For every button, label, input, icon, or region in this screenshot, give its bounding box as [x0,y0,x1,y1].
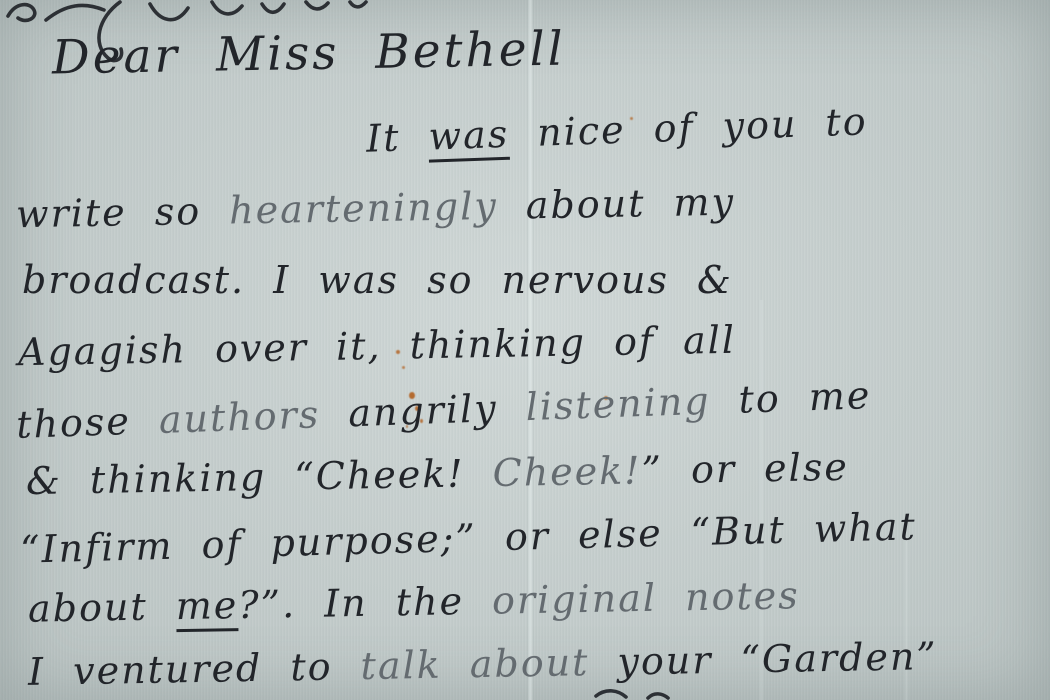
letter-text-segment: listening [525,379,711,429]
letter-text-segment: your “Garden” [589,634,938,684]
letter-line: those authors angrily listening to me [15,373,872,447]
letter-text-segment: Dear Miss Bethell [52,22,567,86]
letter-text-segment: angrily [319,385,526,436]
letter-text-segment: It [365,115,429,161]
letter-text-segment: those [15,398,159,447]
letter-text-segment: authors [158,392,321,442]
letter-text-segment: I ventured to [28,644,361,694]
letter-line: broadcast. I was so nervous & [22,258,733,302]
letter-line: I ventured to talk about your “Garden” [28,634,938,694]
letter-text-segment: “Infirm of purpose;” or else “But what [20,504,918,571]
letter-text-segment: original notes [492,573,800,622]
letter-line: & thinking “Cheek! Cheek!” or else [26,445,849,503]
letter-text-segment: to me [710,373,872,423]
letter-text-segment: about [28,584,176,631]
letter-line: Dear Miss Bethell [52,22,567,86]
letter-text-segment: was [428,112,510,163]
letter-text-segment: ” or else [641,445,849,493]
letter-text-segment: about my [497,180,735,228]
letter-text-segment: broadcast. I was so nervous & [22,258,733,302]
letter-text-segment: write so [16,189,230,237]
letter-text-segment: & thinking “Cheek! [26,451,493,503]
letter-text-segment: nice of you to [508,99,868,155]
letter-line: It was nice of you to [365,99,868,160]
letter-text-segment: ?”. In the [238,579,493,627]
letter-text-segment: Cheek! [492,448,642,495]
letter-text-segment: talk about [360,640,590,688]
letter-line: about me?”. In the original notes [28,573,800,630]
letter-text-segment: me [175,583,238,632]
letter-page: Dear Miss BethellIt was nice of you towr… [0,0,1050,700]
letter-text-segment: hearteningly [229,184,498,233]
letter-line: Agagish over it, thinking of all [18,318,737,375]
letter-line: “Infirm of purpose;” or else “But what [20,504,918,571]
letter-line: write so hearteningly about my [16,180,736,237]
letter-body: Dear Miss BethellIt was nice of you towr… [0,0,1050,700]
letter-text-segment: Agagish over it, thinking of all [18,318,737,375]
